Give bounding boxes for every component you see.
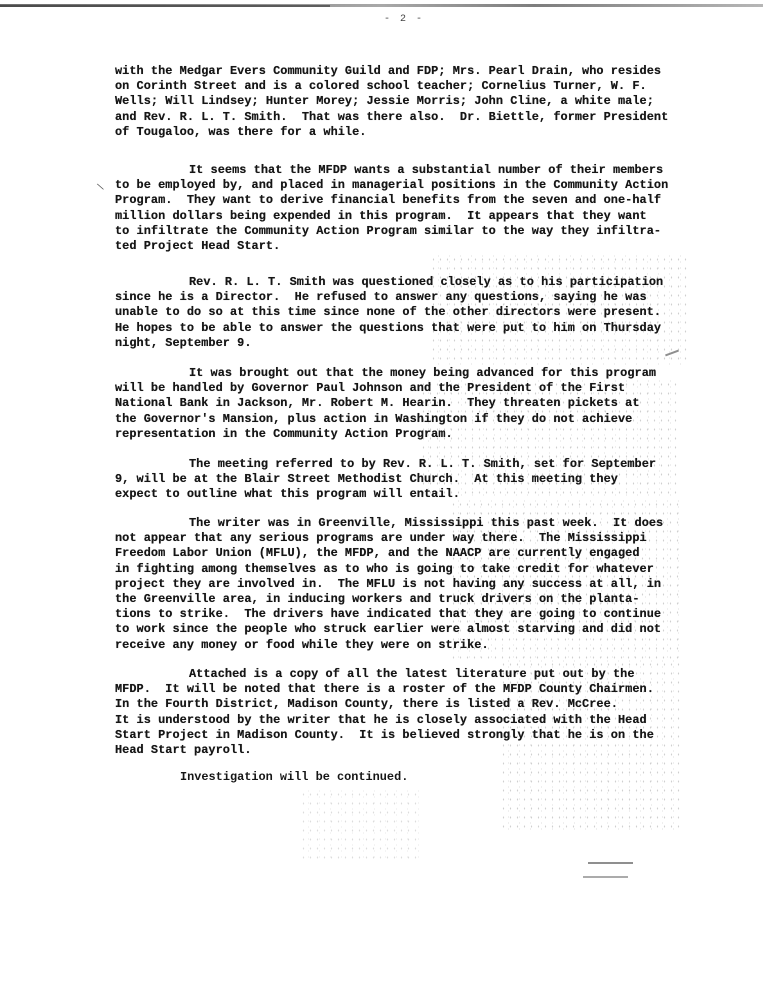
text-line: and Rev. R. L. T. Smith. That was there … (115, 110, 695, 125)
text-line: Wells; Will Lindsey; Hunter Morey; Jessi… (115, 94, 695, 109)
text-line: receive any money or food while they wer… (115, 638, 695, 653)
text-line: Head Start payroll. (115, 743, 695, 758)
paragraph-rev-smith-questioned: Rev. R. L. T. Smith was questioned close… (115, 275, 695, 351)
text-line: Freedom Labor Union (MFLU), the MFDP, an… (115, 546, 695, 561)
text-line: ted Project Head Start. (115, 239, 695, 254)
text-line: It was brought out that the money being … (115, 366, 695, 381)
text-line: representation in the Community Action P… (115, 427, 695, 442)
text-line: In the Fourth District, Madison County, … (115, 697, 695, 712)
text-line: National Bank in Jackson, Mr. Robert M. … (115, 396, 695, 411)
text-line: the Governor's Mansion, plus action in W… (115, 412, 695, 427)
scan-top-edge-shadow (0, 5, 330, 7)
text-line: Program. They want to derive financial b… (115, 193, 695, 208)
text-line: million dollars being expended in this p… (115, 209, 695, 224)
text-line: with the Medgar Evers Community Guild an… (115, 64, 695, 79)
text-line: MFDP. It will be noted that there is a r… (115, 682, 695, 697)
text-line: Rev. R. L. T. Smith was questioned close… (115, 275, 695, 290)
paragraph-greenville: The writer was in Greenville, Mississipp… (115, 516, 695, 653)
text-line: to infiltrate the Community Action Progr… (115, 224, 695, 239)
paragraph-money-handling: It was brought out that the money being … (115, 366, 695, 442)
page-number: - 2 - (384, 14, 424, 25)
text-line: since he is a Director. He refused to an… (115, 290, 695, 305)
text-line: The meeting referred to by Rev. R. L. T.… (115, 457, 695, 472)
text-line: The writer was in Greenville, Mississipp… (115, 516, 695, 531)
text-line: expect to outline what this program will… (115, 487, 695, 502)
text-line: tions to strike. The drivers have indica… (115, 607, 695, 622)
paragraph-attendees: with the Medgar Evers Community Guild an… (115, 64, 695, 140)
margin-pencil-mark: \ (96, 182, 105, 194)
text-line: It seems that the MFDP wants a substanti… (115, 163, 695, 178)
text-line: on Corinth Street and is a colored schoo… (115, 79, 695, 94)
scan-noise (300, 790, 420, 860)
closing-statement: Investigation will be continued. (180, 770, 408, 785)
scan-artifact-stroke (583, 876, 628, 878)
text-line: He hopes to be able to answer the questi… (115, 321, 695, 336)
scan-artifact-stroke (588, 862, 633, 864)
paragraph-mfdp-goals: It seems that the MFDP wants a substanti… (115, 163, 695, 254)
text-line: in fighting among themselves as to who i… (115, 562, 695, 577)
text-line: It is understood by the writer that he i… (115, 713, 695, 728)
text-line: 9, will be at the Blair Street Methodist… (115, 472, 695, 487)
text-line: to work since the people who struck earl… (115, 622, 695, 637)
text-line: project they are involved in. The MFLU i… (115, 577, 695, 592)
text-line: unable to do so at this time since none … (115, 305, 695, 320)
text-line: night, September 9. (115, 336, 695, 351)
text-line: will be handled by Governor Paul Johnson… (115, 381, 695, 396)
text-line: the Greenville area, in inducing workers… (115, 592, 695, 607)
text-line: not appear that any serious programs are… (115, 531, 695, 546)
text-line: Attached is a copy of all the latest lit… (115, 667, 695, 682)
text-line: Start Project in Madison County. It is b… (115, 728, 695, 743)
paragraph-meeting: The meeting referred to by Rev. R. L. T.… (115, 457, 695, 503)
text-line: of Tougaloo, was there for a while. (115, 125, 695, 140)
paragraph-attached-literature: Attached is a copy of all the latest lit… (115, 667, 695, 758)
text-line: to be employed by, and placed in manager… (115, 178, 695, 193)
